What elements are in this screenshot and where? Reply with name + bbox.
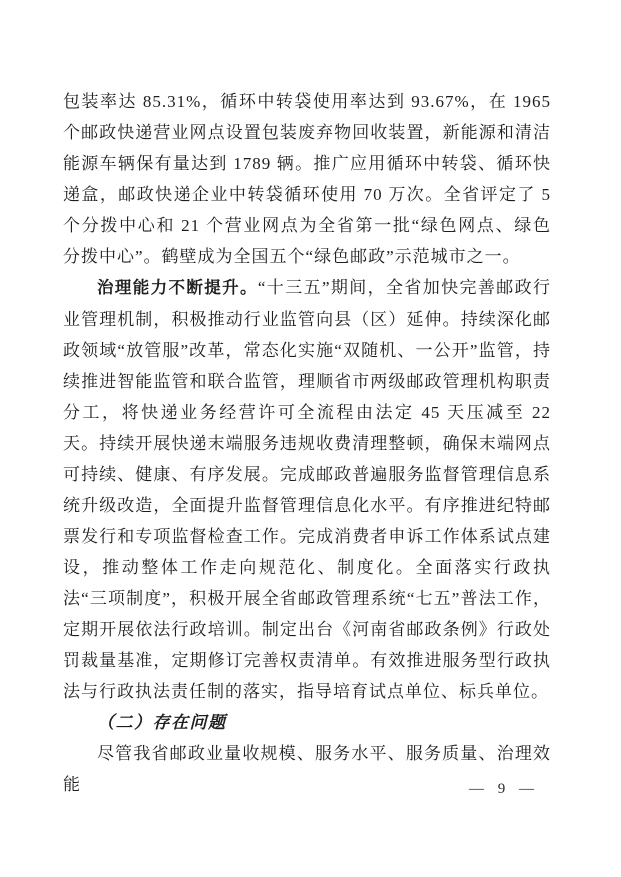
page-number: — 9 — [0, 781, 536, 798]
document-page: 包装率达 85.31%，循环中转袋使用率达到 93.67%，在 1965 个邮政… [0, 0, 621, 877]
paragraph-lead-bold: 治理能力不断提升。 [97, 279, 258, 297]
paragraph-governance-capability: 治理能力不断提升。“十三五”期间，全省加快完善邮政行业管理机制，积极推动行业监管… [63, 272, 551, 707]
paragraph-body-text: “十三五”期间，全省加快完善邮政行业管理机制，积极推动行业监管向县（区）延伸。持… [63, 278, 551, 701]
section-heading-existing-problems: （二）存在问题 [63, 707, 551, 738]
page-content: 包装率达 85.31%，循环中转袋使用率达到 93.67%，在 1965 个邮政… [63, 86, 551, 800]
paragraph-green-postal-stats: 包装率达 85.31%，循环中转袋使用率达到 93.67%，在 1965 个邮政… [63, 86, 551, 272]
